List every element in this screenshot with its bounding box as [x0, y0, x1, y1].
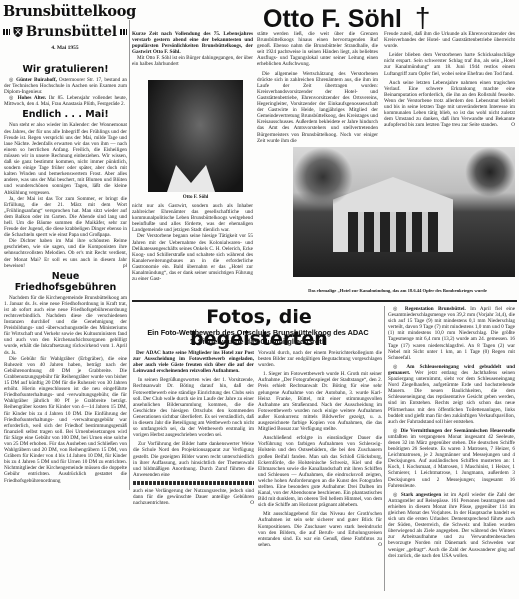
note-item: ◎ Regenstation Brunsbüttel. Im April fie…	[388, 306, 515, 361]
adac-subtitle-1: Ein Foto-Wettbewerb des Ortsclubs Brunsb…	[132, 329, 384, 337]
article-paragraph: Freude zuteil, daß ihm die Urkunde als E…	[384, 31, 515, 49]
newspaper-page: Brunsbüttelkoog Brunsbüttel 4. Mai 1955 …	[0, 0, 519, 599]
congrats-item: ◎ Günter Buirahoff, Ostermoorer Str. 17,…	[4, 77, 127, 95]
article-paragraph: Ja, der Mai ist das Tor zum Sommer, er b…	[4, 196, 127, 239]
decorative-bar	[120, 29, 127, 35]
article-paragraph: Zur Vorführung der Bilder hatte dankensw…	[133, 441, 254, 478]
adac-lead: Der ADAC hatte seine Mitglieder ins Hote…	[133, 350, 254, 374]
coat-of-arms-icon	[13, 21, 23, 43]
section-divider	[132, 300, 517, 302]
adac-column-2: Vorwahl durch, nach der einem Preisricht…	[258, 350, 382, 548]
article-paragraph: Mit Otto F. Söhl ist ein Bürger dahingeg…	[132, 55, 253, 67]
adac-column-1: Der ADAC hatte seine Mitglieder ins Hote…	[133, 350, 254, 506]
article-paragraph: Auch seine letzten Lebensjahre nahmen ei…	[384, 80, 515, 129]
note-item: ◎ Am Schleuseneingang wird gebuddelt und…	[388, 364, 515, 425]
hotel-photo	[293, 147, 515, 277]
author-sign: O	[373, 542, 382, 548]
obituary-title: Otto F. Söhl †	[263, 4, 430, 33]
obituary-column-2: stätte werden ließ, die weit über die Gr…	[257, 31, 378, 144]
heading-cemetery-fees: Neue Friedhofsgebühren	[4, 271, 127, 293]
heading-congratulations: Wir gratulieren!	[4, 64, 127, 75]
article-paragraph: nicht nur als Gastwirt, sondern auch als…	[132, 203, 253, 233]
masthead: Brunsbüttelkoog Brunsbüttel 4. Mai 1955	[3, 4, 127, 51]
decorative-bar	[3, 29, 10, 35]
column-divider	[384, 306, 385, 591]
author-sign: pl	[118, 263, 127, 269]
article-paragraph: Nachdem für die Kirchengemeinde Brunsbüt…	[4, 295, 127, 356]
article-paragraph: Anschließend erfolgte in einstündiger Da…	[258, 435, 382, 508]
obituary-lead: Kurze Zeit nach Vollendung des 75. Leben…	[132, 31, 253, 55]
article-paragraph: Die allgemeine Wertschätzung des Verstor…	[257, 71, 378, 144]
obituary-column-1b: nicht nur als Gastwirt, sondern auch als…	[132, 203, 253, 282]
article-paragraph: Die Gebühr für Wahlgräber (Erbgräber), d…	[4, 356, 127, 484]
article-paragraph: Die Dichter haben im Mai ihre schönsten …	[4, 238, 127, 268]
column-left: Wir gratulieren! ◎ Günter Buirahoff, Ost…	[4, 62, 127, 484]
column-divider	[129, 20, 130, 490]
author-sign: O	[506, 122, 515, 128]
article-paragraph: Mit ausschlaggebend für das Niveau der G…	[258, 511, 382, 548]
article-paragraph: Nun steht er also wieder im Kalender: de…	[4, 122, 127, 195]
hotel-caption: Das ehemalige „Hotel zur Kanalmündung, d…	[280, 288, 515, 293]
article-paragraph: Vorwahl durch, nach der einem Preisricht…	[258, 350, 382, 368]
article-paragraph: stätte werden ließ, die weit über die Gr…	[257, 31, 378, 68]
article-paragraph: In seinen Begrüßungsworten wies der 1. V…	[133, 377, 254, 438]
masthead-town: Brunsbüttel	[26, 24, 117, 40]
continuation-separator	[133, 481, 254, 485]
adac-subtitle-2: 1. Sieger wurde das Clubmitglied Groth	[132, 338, 384, 346]
portrait-photo	[148, 80, 243, 192]
article-paragraph: 1. Sieger im Fotowettbewerb wurde H. Gro…	[258, 371, 382, 432]
portrait-caption: Otto F. Söhl	[148, 195, 243, 200]
note-item: ◎ Die Vermittlungen der Seemännischen He…	[388, 428, 515, 489]
local-notes-column: ◎ Regenstation Brunsbüttel. Im April fie…	[388, 306, 515, 559]
cross-icon: †	[415, 2, 431, 33]
article-paragraph: auch eine Verlängerung der Nutzungsrecht…	[133, 488, 254, 506]
article-paragraph: Leider blieben dem Verstorbenen harte Sc…	[384, 52, 515, 76]
article-paragraph: Der Verstorbene begann seine hiesige Tät…	[132, 233, 253, 282]
obituary-column-1: Kurze Zeit nach Vollendung des 75. Leben…	[132, 31, 253, 68]
congrats-item: ◎ Hohes Alter. Ihr 85. Lebensjahr vollen…	[4, 95, 127, 107]
author-sign: O	[250, 500, 254, 506]
masthead-title: Brunsbüttelkoog	[3, 4, 127, 20]
obituary-column-3: Freude zuteil, daß ihm die Urkunde als E…	[384, 31, 515, 128]
note-item: ◎ Stark angestiegen ist im April wieder …	[388, 492, 515, 559]
dateline: 4. Mai 1955	[3, 45, 127, 51]
heading-may: Endlich . . . Mai!	[4, 109, 127, 120]
